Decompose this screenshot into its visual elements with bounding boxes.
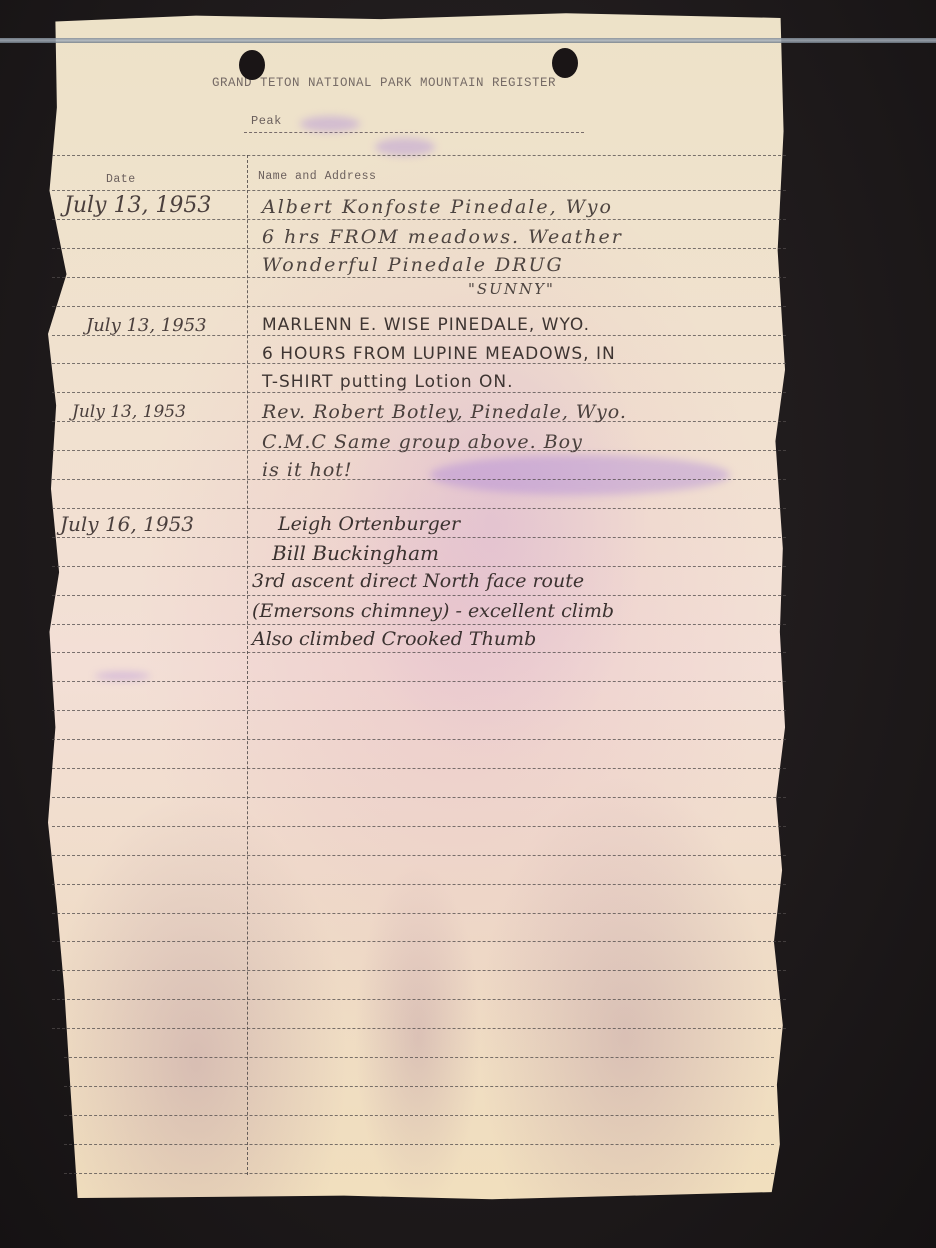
entry-line: Rev. Robert Botley, Pinedale, Wyo. bbox=[262, 401, 627, 423]
rule-line bbox=[52, 566, 786, 567]
rule-line bbox=[52, 681, 786, 682]
rule-line bbox=[52, 190, 786, 191]
entry-date: July 13, 1953 bbox=[72, 402, 186, 422]
rule-line bbox=[52, 855, 786, 856]
rule-line bbox=[52, 970, 786, 971]
rule-line bbox=[52, 155, 786, 156]
column-header-name-address: Name and Address bbox=[258, 170, 376, 183]
punch-hole-right bbox=[552, 48, 578, 78]
rule-line bbox=[52, 941, 786, 942]
entry-line: 6 hrs FROM meadows. Weather bbox=[262, 226, 623, 248]
rule-line bbox=[52, 277, 786, 278]
entry-line: T-SHIRT putting Lotion ON. bbox=[262, 372, 514, 392]
entry-line: 3rd ascent direct North face route bbox=[252, 570, 584, 592]
rule-line bbox=[52, 884, 786, 885]
rule-line bbox=[52, 537, 786, 538]
rule-line bbox=[52, 595, 786, 596]
rule-line bbox=[64, 1086, 774, 1087]
punch-hole-left bbox=[239, 50, 265, 80]
entry-line: "SUNNY" bbox=[468, 280, 555, 298]
rule-line bbox=[52, 739, 786, 740]
entry-line: (Emersons chimney) - excellent climb bbox=[252, 600, 614, 622]
rule-line bbox=[52, 768, 786, 769]
entry-line: Wonderful Pinedale DRUG bbox=[262, 254, 564, 276]
column-header-date: Date bbox=[106, 173, 136, 186]
rule-line bbox=[52, 392, 786, 393]
purple-ink-stain bbox=[375, 138, 435, 156]
rule-line bbox=[52, 1028, 786, 1029]
rule-line bbox=[52, 913, 786, 914]
peak-field-line bbox=[244, 132, 584, 133]
entry-date: July 13, 1953 bbox=[64, 193, 211, 218]
rule-line bbox=[52, 797, 786, 798]
entry-line: 6 HOURS FROM LUPINE MEADOWS, IN bbox=[262, 344, 616, 364]
purple-ink-stain bbox=[430, 455, 730, 495]
entry-line: Bill Buckingham bbox=[272, 541, 439, 565]
peak-label: Peak bbox=[251, 114, 282, 128]
hanging-wire bbox=[0, 38, 936, 43]
entry-line: Leigh Ortenburger bbox=[278, 513, 460, 535]
purple-ink-stain bbox=[95, 672, 150, 680]
rule-line bbox=[52, 999, 786, 1000]
entry-line: Also climbed Crooked Thumb bbox=[252, 628, 536, 650]
purple-ink-stain bbox=[300, 116, 360, 132]
rule-line bbox=[52, 508, 786, 509]
rule-line bbox=[52, 306, 786, 307]
register-title: GRAND TETON NATIONAL PARK MOUNTAIN REGIS… bbox=[212, 76, 556, 90]
rule-line bbox=[64, 1173, 774, 1174]
rule-line bbox=[52, 826, 786, 827]
rule-line bbox=[52, 219, 786, 220]
rule-line bbox=[52, 652, 786, 653]
entry-line: is it hot! bbox=[262, 459, 353, 481]
entry-date: July 13, 1953 bbox=[86, 315, 207, 336]
rule-line bbox=[64, 1057, 774, 1058]
column-divider bbox=[247, 155, 248, 1175]
rule-line bbox=[52, 624, 786, 625]
rule-line bbox=[52, 248, 786, 249]
entry-date: July 16, 1953 bbox=[60, 512, 194, 536]
rule-line bbox=[52, 479, 786, 480]
rule-line bbox=[52, 710, 786, 711]
rule-line bbox=[64, 1144, 774, 1145]
entry-line: Albert Konfoste Pinedale, Wyo bbox=[262, 196, 613, 218]
entry-line: MARLENN E. WISE PINEDALE, WYO. bbox=[262, 315, 590, 335]
entry-line: C.M.C Same group above. Boy bbox=[262, 431, 583, 453]
rule-line bbox=[64, 1115, 774, 1116]
